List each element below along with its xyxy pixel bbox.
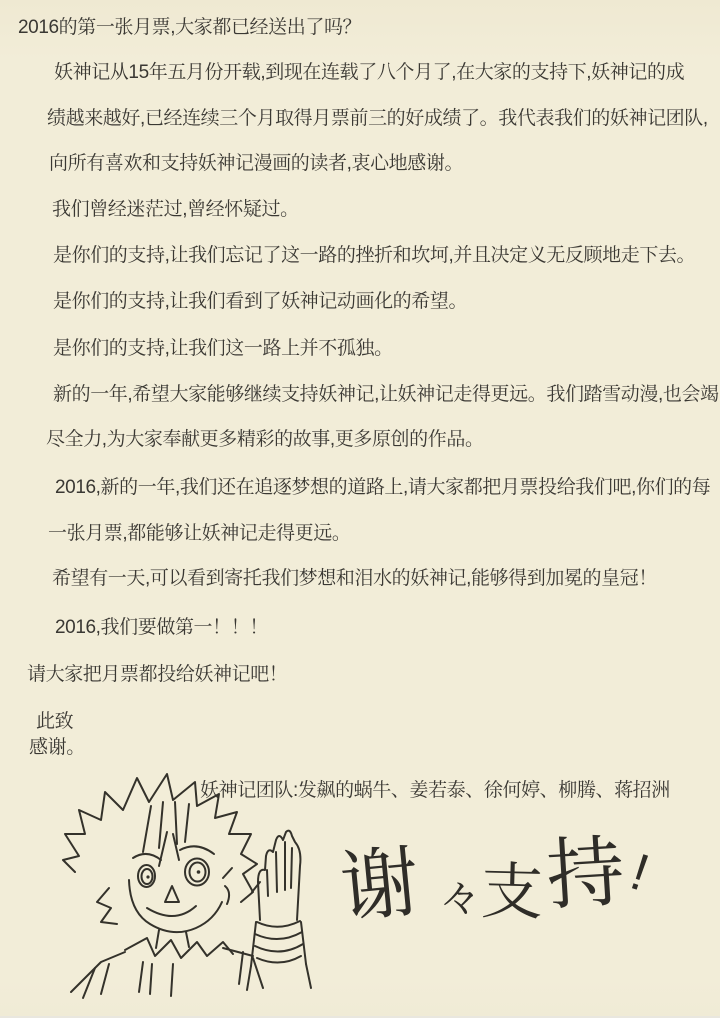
handwritten-exclamation: !	[625, 846, 655, 900]
letter-line: 2016,新的一年,我们还在追逐梦想的道路上,请大家都把月票投给我们吧,你们的每	[55, 476, 710, 500]
letter-page: 2016的第一张月票,大家都已经送出了吗？ 妖神记从15年五月份开载,到现在连载…	[0, 0, 720, 1018]
letter-line: 向所有喜欢和支持妖神记漫画的读者,衷心地感谢。	[49, 152, 463, 176]
letter-line-opening: 2016的第一张月票,大家都已经送出了吗？	[18, 16, 361, 40]
letter-line: 新的一年,希望大家能够继续支持妖神记,让妖神记走得更远。我们踏雪动漫,也会竭	[53, 383, 719, 407]
letter-line: 是你们的支持,让我们看到了妖神记动画化的希望。	[53, 290, 467, 314]
letter-line: 妖神记从15年五月份开载,到现在连载了八个月了,在大家的支持下,妖神记的成	[54, 61, 684, 85]
letter-line: 是你们的支持,让我们这一路上并不孤独。	[53, 337, 393, 361]
letter-line-appeal: 请大家把月票都投给妖神记吧！	[27, 663, 287, 687]
letter-closing-thanks: 感谢。	[29, 736, 85, 760]
handwritten-thanks: 谢 々 支 持 !	[333, 829, 706, 959]
letter-line: 2016,我们要做第一！！！	[55, 616, 268, 640]
letter-line: 我们曾经迷茫过,曾经怀疑过。	[52, 198, 299, 222]
handwritten-char: 谢	[337, 842, 422, 927]
waving-boy-sketch	[55, 762, 325, 1018]
letter-closing-salute: 此致	[36, 710, 73, 734]
letter-line: 希望有一天,可以看到寄托我们梦想和泪水的妖神记,能够得到加冕的皇冠！	[52, 567, 657, 591]
letter-line: 尽全力,为大家奉献更多精彩的故事,更多原创的作品。	[46, 428, 484, 452]
handwritten-char: 々	[438, 876, 483, 921]
face-strokes	[129, 846, 232, 932]
handwritten-char: 支	[480, 861, 544, 925]
letter-line: 绩越来越好,已经连续三个月取得月票前三的好成绩了。我代表我们的妖神记团队,	[47, 107, 708, 131]
handwritten-char: 持	[544, 832, 627, 915]
letter-line: 是你们的支持,让我们忘记了这一路的挫折和坎坷,并且决定义无反顾地走下去。	[53, 244, 695, 268]
letter-line: 一张月票,都能够让妖神记走得更远。	[48, 522, 350, 546]
body-strokes	[71, 930, 263, 998]
